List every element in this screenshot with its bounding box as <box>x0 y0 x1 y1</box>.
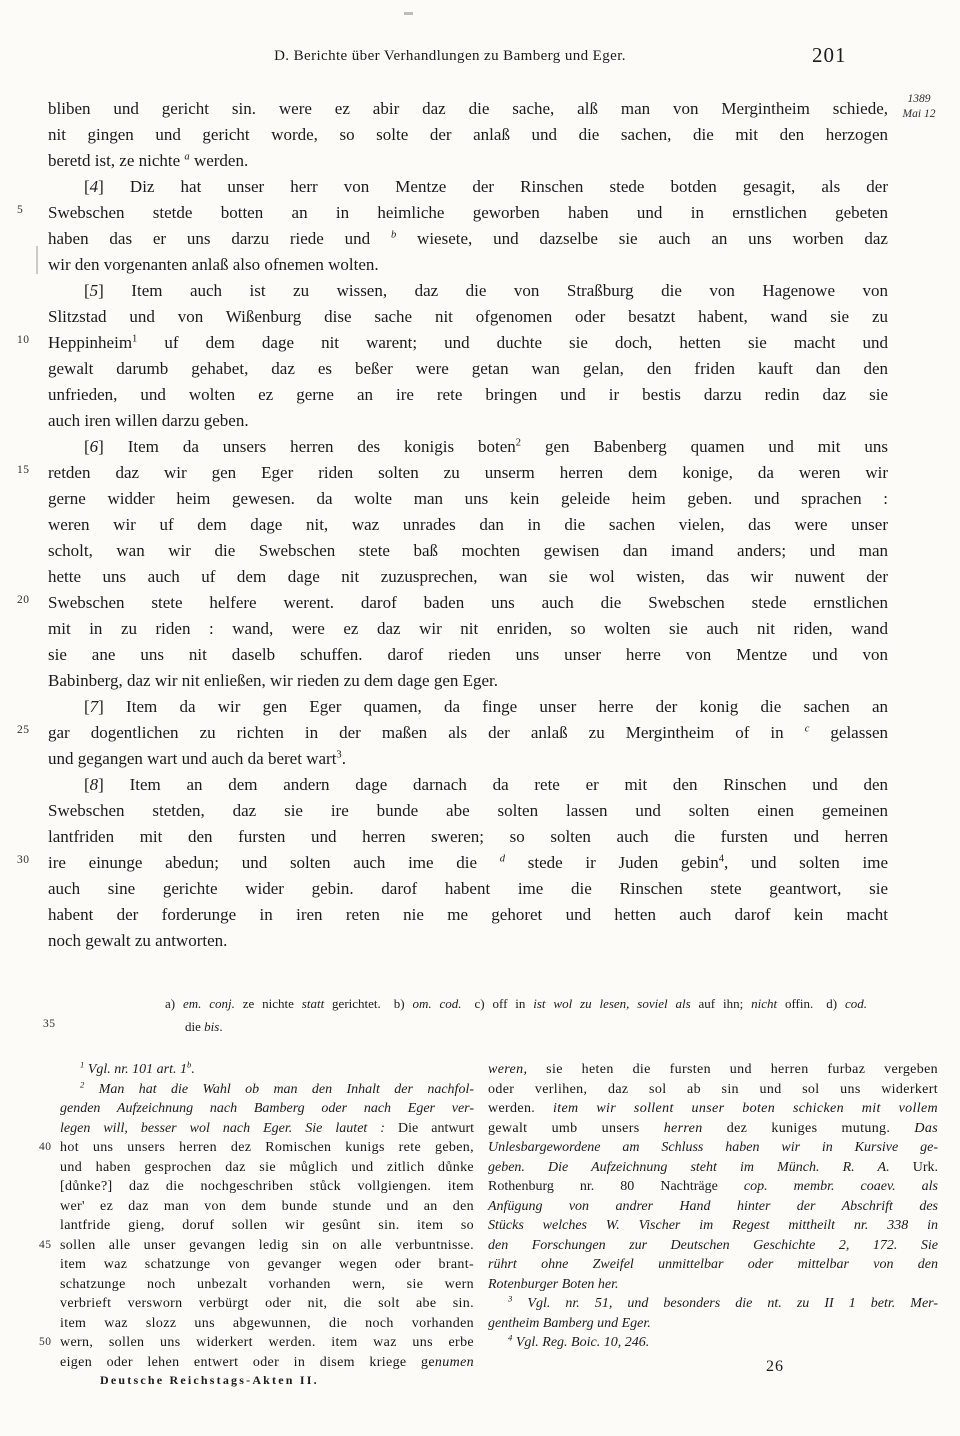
body-line: sie ane uns nit daselb schuffen. darof r… <box>48 642 888 668</box>
footnote-line: legen will, besser wol nach Eger. Sie la… <box>60 1119 474 1139</box>
footnote-line: wer' ez daz man von dem bunde stunde und… <box>60 1197 474 1217</box>
line-number: 45 <box>39 1238 67 1252</box>
margin-date-day: Mai 12 <box>891 107 947 122</box>
footnote-line: den Forschungen zur Deutschen Geschichte… <box>488 1236 938 1256</box>
body-line: habent der forderunge in iren reten nie … <box>48 902 888 928</box>
footnote-line: gewalt umb unsers herren dez kuniges mut… <box>488 1119 938 1139</box>
footnote-line: rührt ohne Zweifel unmittelbar oder mitt… <box>488 1255 938 1275</box>
body-line: Swebschen stetden, daz sie ire bunde abe… <box>48 798 888 824</box>
body-line: mit in zu riden : wand, were ez daz wir … <box>48 616 888 642</box>
footnote-column-right: weren, sie heten die fursten und herren … <box>488 1060 938 1372</box>
footnote-line: verbrieft versworn verbürgt oder nit, di… <box>60 1294 474 1314</box>
footnote-line: Rothenburg nr. 80 Nachträge cop. membr. … <box>488 1177 938 1197</box>
body-line: nit gingen und gericht worde, so solte d… <box>48 122 888 148</box>
body-line: auch iren willen darzu geben. <box>48 408 888 434</box>
body-line: gewalt darumb gehabet, daz es beßer were… <box>48 356 888 382</box>
signature-mark: 26 <box>766 1358 784 1376</box>
page-number: 201 <box>812 43 847 68</box>
footnote-line: 40hot uns unsers herren dez Romischen ku… <box>60 1138 474 1158</box>
body-line: und gegangen wart und auch da beret wart… <box>48 746 888 772</box>
body-line: auch sine gerichte wider gebin. darof ha… <box>48 876 888 902</box>
footnote-line: 50wern, sollen uns widerkert werden. ite… <box>60 1333 474 1353</box>
body-line: lantfriden mit den fursten und herren sw… <box>48 824 888 850</box>
footnote-line: schatzunge noch unbezalt vorhanden wern,… <box>60 1275 474 1295</box>
margin-date: 1389 Mai 12 <box>891 92 947 122</box>
footnote-line: genden Aufzeichnung nach Bamberg oder na… <box>60 1099 474 1119</box>
body-line: gerne widder heim gewesen. da wolte man … <box>48 486 888 512</box>
scan-artifact-line <box>36 246 38 274</box>
footnote-line: geben. Die Aufzeichnung steht im Münch. … <box>488 1158 938 1178</box>
footnote-line: 1 Vgl. nr. 101 art. 1b. <box>60 1060 474 1080</box>
body-line: [5] Item auch ist zu wissen, daz die von… <box>48 278 888 304</box>
footnote-line: und haben gesprochen daz sie můglich und… <box>60 1158 474 1178</box>
body-line: 30ire einunge abedun; und solten auch im… <box>48 850 888 876</box>
footnote-line: Anfügung von andrer Hand hinter der Absc… <box>488 1197 938 1217</box>
footnote-line: [důnke?] daz die nochgeschriben stůck vo… <box>60 1177 474 1197</box>
body-line: 15retden daz wir gen Eger riden solten z… <box>48 460 888 486</box>
body-line: noch gewalt zu antworten. <box>48 928 888 954</box>
scan-artifact-dash <box>404 12 413 15</box>
book-page: D. Berichte über Verhandlungen zu Bamber… <box>0 0 960 1436</box>
body-line: 10Heppinheim1 uf dem dage nit warent; un… <box>48 330 888 356</box>
page-header: D. Berichte über Verhandlungen zu Bamber… <box>48 48 852 65</box>
footnote-line: 45sollen alle unser gevangen ledig sin o… <box>60 1236 474 1256</box>
apparatus-line: 35die bis. <box>165 1015 867 1038</box>
line-number: 50 <box>39 1335 67 1349</box>
line-number: 30 <box>17 853 45 867</box>
footnote-line: item waz schatzunge von gevanger wegen o… <box>60 1255 474 1275</box>
footnote-line: Stücks welches W. Vischer im Regest mitt… <box>488 1216 938 1236</box>
body-line: [7] Item da wir gen Eger quamen, da fing… <box>48 694 888 720</box>
footnote-line: weren, sie heten die fursten und herren … <box>488 1060 938 1080</box>
footnote-line: Unlesbargewordene am Schluss haben wir i… <box>488 1138 938 1158</box>
body-line: [8] Item an dem andern dage darnach da r… <box>48 772 888 798</box>
footnote-line: 2 Man hat die Wahl ob man den Inhalt der… <box>60 1080 474 1100</box>
series-title: Deutsche Reichstags-Akten II. <box>100 1373 319 1388</box>
body-line: 5Swebschen stetde botten an in heimliche… <box>48 200 888 226</box>
body-line: [4] Diz hat unser herr von Mentze der Ri… <box>48 174 888 200</box>
apparatus-line: a) em. conj. ze nichte statt gerichtet. … <box>165 992 867 1015</box>
body-line: Babinberg, daz wir nit enließen, wir rie… <box>48 668 888 694</box>
body-line: Slitzstad und von Wißenburg dise sache n… <box>48 304 888 330</box>
critical-apparatus: a) em. conj. ze nichte statt gerichtet. … <box>165 992 867 1038</box>
margin-date-year: 1389 <box>891 92 947 107</box>
footnote-line: Rotenburger Boten her. <box>488 1275 938 1295</box>
line-number: 40 <box>39 1140 67 1154</box>
footnote-line: 4 Vgl. Reg. Boic. 10, 246. <box>488 1333 938 1353</box>
line-number: 5 <box>17 203 45 217</box>
footnote-line: 3 Vgl. nr. 51, und besonders die nt. zu … <box>488 1294 938 1314</box>
line-number: 15 <box>17 463 45 477</box>
line-number: 35 <box>43 1017 71 1031</box>
line-number: 10 <box>17 333 45 347</box>
body-line: wir den vorgenanten anlaß also ofnemen w… <box>48 252 888 278</box>
body-line: weren wir uf dem dage nit, waz unrades d… <box>48 512 888 538</box>
body-line: hette uns auch uf dem dage nit zuzusprec… <box>48 564 888 590</box>
body-line: scholt, wan wir die Swebschen stete baß … <box>48 538 888 564</box>
line-number: 20 <box>17 593 45 607</box>
document-body: bliben und gericht sin. were ez abir daz… <box>48 96 888 954</box>
footnotes: 1 Vgl. nr. 101 art. 1b.2 Man hat die Wah… <box>60 1060 938 1372</box>
body-line: 20Swebschen stete helfere werent. darof … <box>48 590 888 616</box>
running-title: D. Berichte über Verhandlungen zu Bamber… <box>274 48 626 64</box>
footnote-line: gentheim Bamberg und Eger. <box>488 1314 938 1334</box>
body-line: unfrieden, und wolten ez gerne an ire re… <box>48 382 888 408</box>
footnote-line: werden. item wir sollent unser boten sch… <box>488 1099 938 1119</box>
body-line: bliben und gericht sin. were ez abir daz… <box>48 96 888 122</box>
footnote-line: eigen oder lehen entwert oder in disem k… <box>60 1353 474 1373</box>
body-line: haben das er uns darzu riede und b wiese… <box>48 226 888 252</box>
footnote-line: oder verlihen, daz sol ab sin und sol un… <box>488 1080 938 1100</box>
body-line: [6] Item da unsers herren des konigis bo… <box>48 434 888 460</box>
footnote-column-left: 1 Vgl. nr. 101 art. 1b.2 Man hat die Wah… <box>60 1060 474 1372</box>
line-number: 25 <box>17 723 45 737</box>
footnote-line: lantfride gieng, doruf sollen wir gesûnt… <box>60 1216 474 1236</box>
body-line: 25gar dogentlichen zu richten in der maß… <box>48 720 888 746</box>
footnote-line: item waz slozz uns abgewunnen, die noch … <box>60 1314 474 1334</box>
body-line: beretd ist, ze nichte a werden. <box>48 148 888 174</box>
